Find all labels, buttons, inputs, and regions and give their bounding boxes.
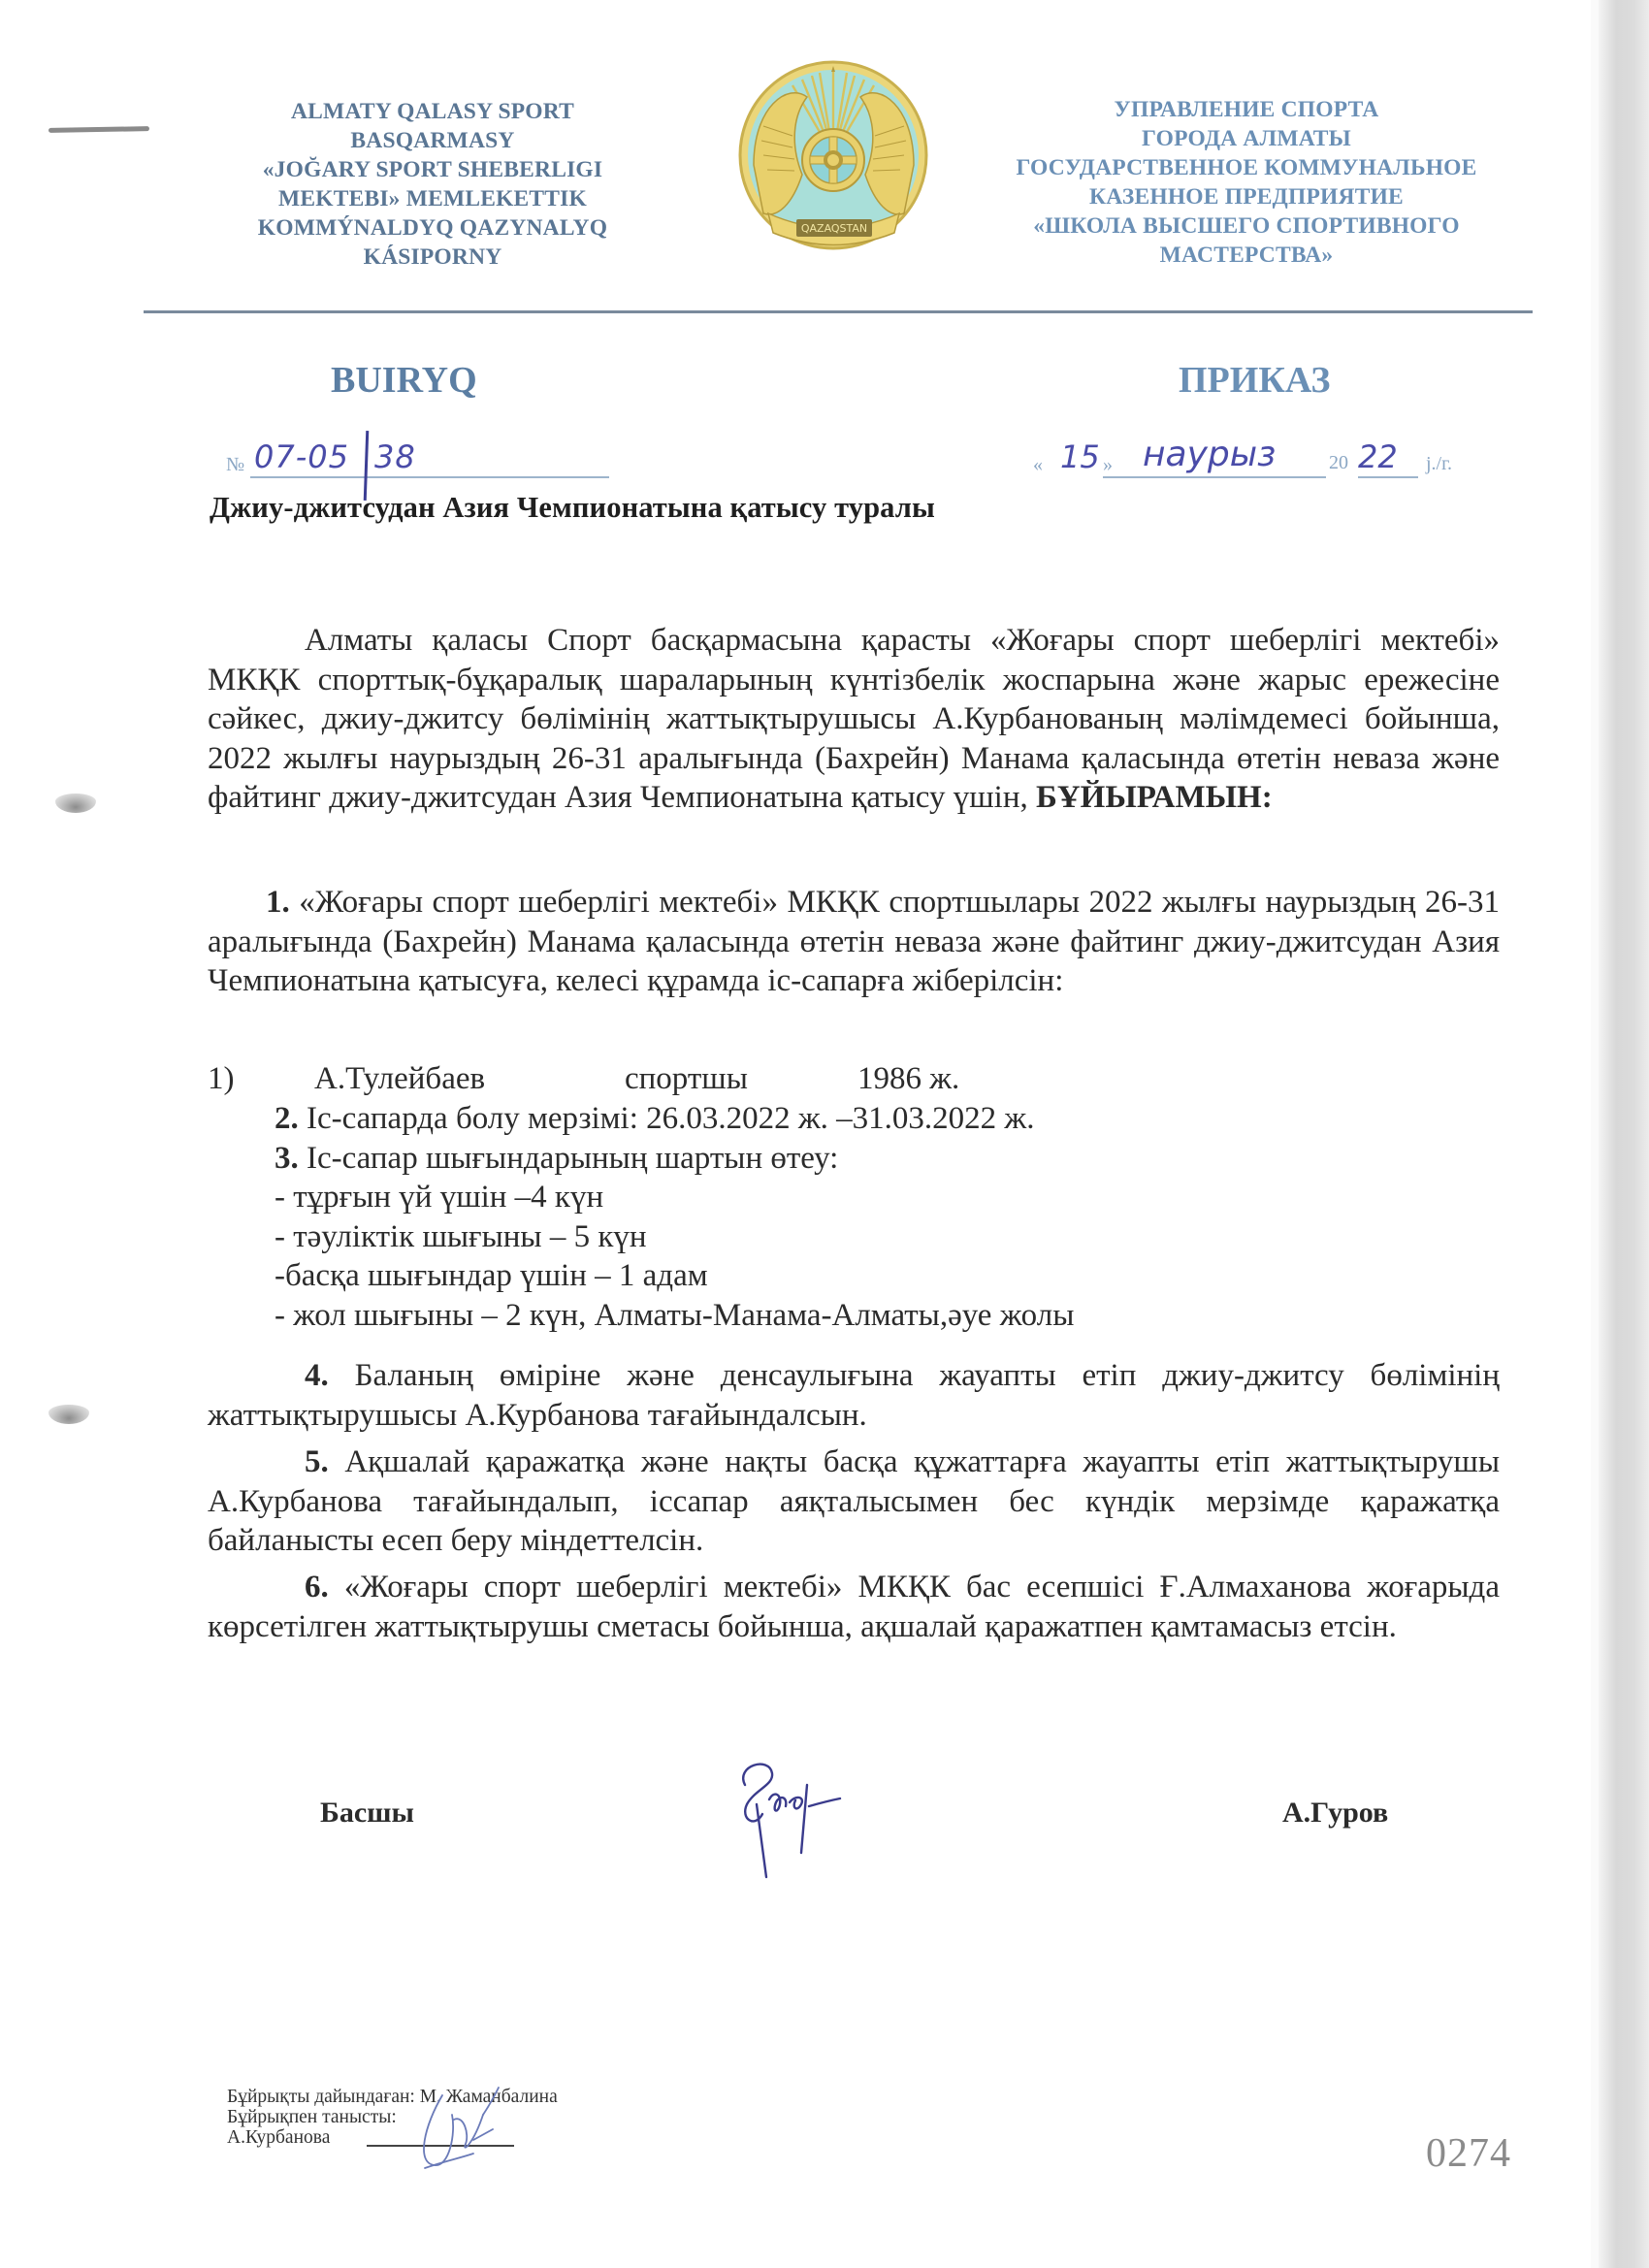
org-name-russian: УПРАВЛЕНИЕ СПОРТА ГОРОДА АЛМАТЫ ГОСУДАРС… [960,95,1533,270]
org-line: МАСТЕРСТВА» [960,241,1533,270]
org-name-kazakh: ALMATY QALASY SPORT BASQARMASY «JOĞARY S… [229,97,636,272]
item-number: 2. [275,1101,299,1136]
expense-line: - тәуліктік шығыны – 5 күн [208,1217,1500,1257]
order-number-suffix: 38 [374,438,416,475]
scan-edge-highlight [1591,0,1599,2268]
item-text: Баланың өміріне және денсаулығына жауапт… [208,1358,1500,1433]
signature-icon [716,1746,910,1882]
participant-index: 1) [208,1059,314,1099]
org-line: KOMMÝNALDYQ QAZYNALYQ [229,213,636,243]
preamble-text: Алматы қаласы Спорт басқармасына қарасты… [208,623,1500,815]
org-line: ГОСУДАРСТВЕННОЕ КОММУНАЛЬНОЕ [960,153,1533,182]
scanner-edge-shadow [1599,0,1649,2268]
order-item-4: 4. Баланың өміріне және денсаулығына жау… [208,1356,1500,1435]
doc-type-kazakh: BUIRYQ [331,359,477,402]
participant-row: 1) А.Тулейбаев спортшы 1986 ж. [208,1059,1500,1099]
preamble: Алматы қаласы Спорт басқармасына қарасты… [208,621,1500,818]
org-line: ГОРОДА АЛМАТЫ [960,124,1533,153]
item-paragraph: 4. Баланың өміріне және денсаулығына жау… [208,1356,1500,1435]
order-number: 07-0538 [254,438,416,475]
date-month: наурыз [1143,435,1276,474]
expense-line: - жол шығыны – 2 күн, Алматы-Манама-Алма… [208,1296,1500,1336]
date-year: 22 [1358,438,1398,475]
year-underline [1358,476,1418,478]
org-line: КАЗЕННОЕ ПРЕДПРИЯТИЕ [960,182,1533,211]
org-line: MEKTEBI» MEMLEKETTIK [229,184,636,213]
org-line: BASQARMASY [229,126,636,155]
order-item-2: 2. Іс-сапарда болу мерзімі: 26.03.2022 ж… [208,1099,1500,1139]
document-title: Джиу-джитсудан Азия Чемпионатына қатысу … [210,491,935,525]
acknowledged-label: Бұйрықпен танысты: [227,2107,397,2127]
acknowledged-signature-icon [405,2076,522,2183]
item-number: 3. [275,1141,299,1176]
item-paragraph: 6. «Жоғары спорт шеберлігі мектебі» МКҚК… [208,1568,1500,1646]
signatory-role: Басшы [320,1797,414,1830]
acknowledged-name: А.Курбанова [227,2127,330,2148]
order-item-3: 3. Іс-сапар шығындарының шартын өтеу: [208,1139,1500,1179]
date-year-suffix: j./г. [1426,453,1452,475]
item-text: Іс-сапарда болу мерзімі: 26.03.2022 ж. –… [307,1101,1034,1136]
signatory-name: А.Гуров [1282,1797,1388,1830]
page-number: 0274 [1426,2130,1511,2177]
order-item-6: 6. «Жоғары спорт шеберлігі мектебі» МКҚК… [208,1568,1500,1646]
org-line: «ШКОЛА ВЫСШЕГО СПОРТИВНОГО [960,211,1533,241]
kazakhstan-emblem-icon: QAZAQSTAN [734,58,933,262]
item-text: «Жоғары спорт шеберлігі мектебі» МКҚК ба… [208,1570,1500,1644]
date-year-prefix: 20 [1329,452,1348,474]
item-number: 6. [305,1570,329,1604]
date-close-quote: » [1103,454,1113,476]
order-number-prefix: 07-05 [254,438,349,475]
item-number: 1. [266,885,290,920]
org-line: «JOĞARY SPORT SHEBERLIGI [229,155,636,184]
order-item-5: 5. Ақшалай қаражатқа және нақты басқа құ… [208,1442,1500,1561]
scan-mark [48,126,149,133]
org-line: ALMATY QALASY SPORT [229,97,636,126]
order-word: БҰЙЫРАМЫН: [1036,780,1273,815]
date-underline [1103,476,1326,478]
org-line: УПРАВЛЕНИЕ СПОРТА [960,95,1533,124]
date-open-quote: « [1033,454,1043,476]
item-text: Ақшалай қаражатқа және нақты басқа құжат… [208,1444,1500,1558]
expense-line: - тұрғын үй үшін –4 күн [208,1178,1500,1217]
order-item-1: 1. «Жоғары спорт шеберлігі мектебі» МКҚК… [208,883,1500,1001]
org-line: KÁSIPORNY [229,243,636,272]
number-underline [250,476,609,478]
header-divider [144,310,1533,313]
date-day: 15 [1060,438,1100,475]
punch-hole-icon [55,794,96,813]
item-text: «Жоғары спорт шеберлігі мектебі» МКҚК сп… [208,885,1500,998]
participant-birth-year: 1986 ж. [857,1059,959,1099]
item-text: Іс-сапар шығындарының шартын өтеу: [307,1141,838,1176]
item-number: 4. [305,1358,329,1393]
item-number: 5. [305,1444,329,1479]
number-label: № [226,454,244,476]
participant-name: А.Тулейбаев [314,1059,625,1099]
doc-type-russian: ПРИКАЗ [1179,359,1330,402]
expense-line: -басқа шығындар үшін – 1 адам [208,1256,1500,1296]
item-paragraph: 5. Ақшалай қаражатқа және нақты басқа құ… [208,1442,1500,1561]
svg-text:QAZAQSTAN: QAZAQSTAN [801,222,867,235]
item-paragraph: 1. «Жоғары спорт шеберлігі мектебі» МКҚК… [208,883,1500,1001]
participant-role: спортшы [625,1059,857,1099]
punch-hole-icon [48,1405,89,1424]
preamble-paragraph: Алматы қаласы Спорт басқармасына қарасты… [208,621,1500,818]
order-items-2-3: 2. Іс-сапарда болу мерзімі: 26.03.2022 ж… [208,1099,1500,1335]
